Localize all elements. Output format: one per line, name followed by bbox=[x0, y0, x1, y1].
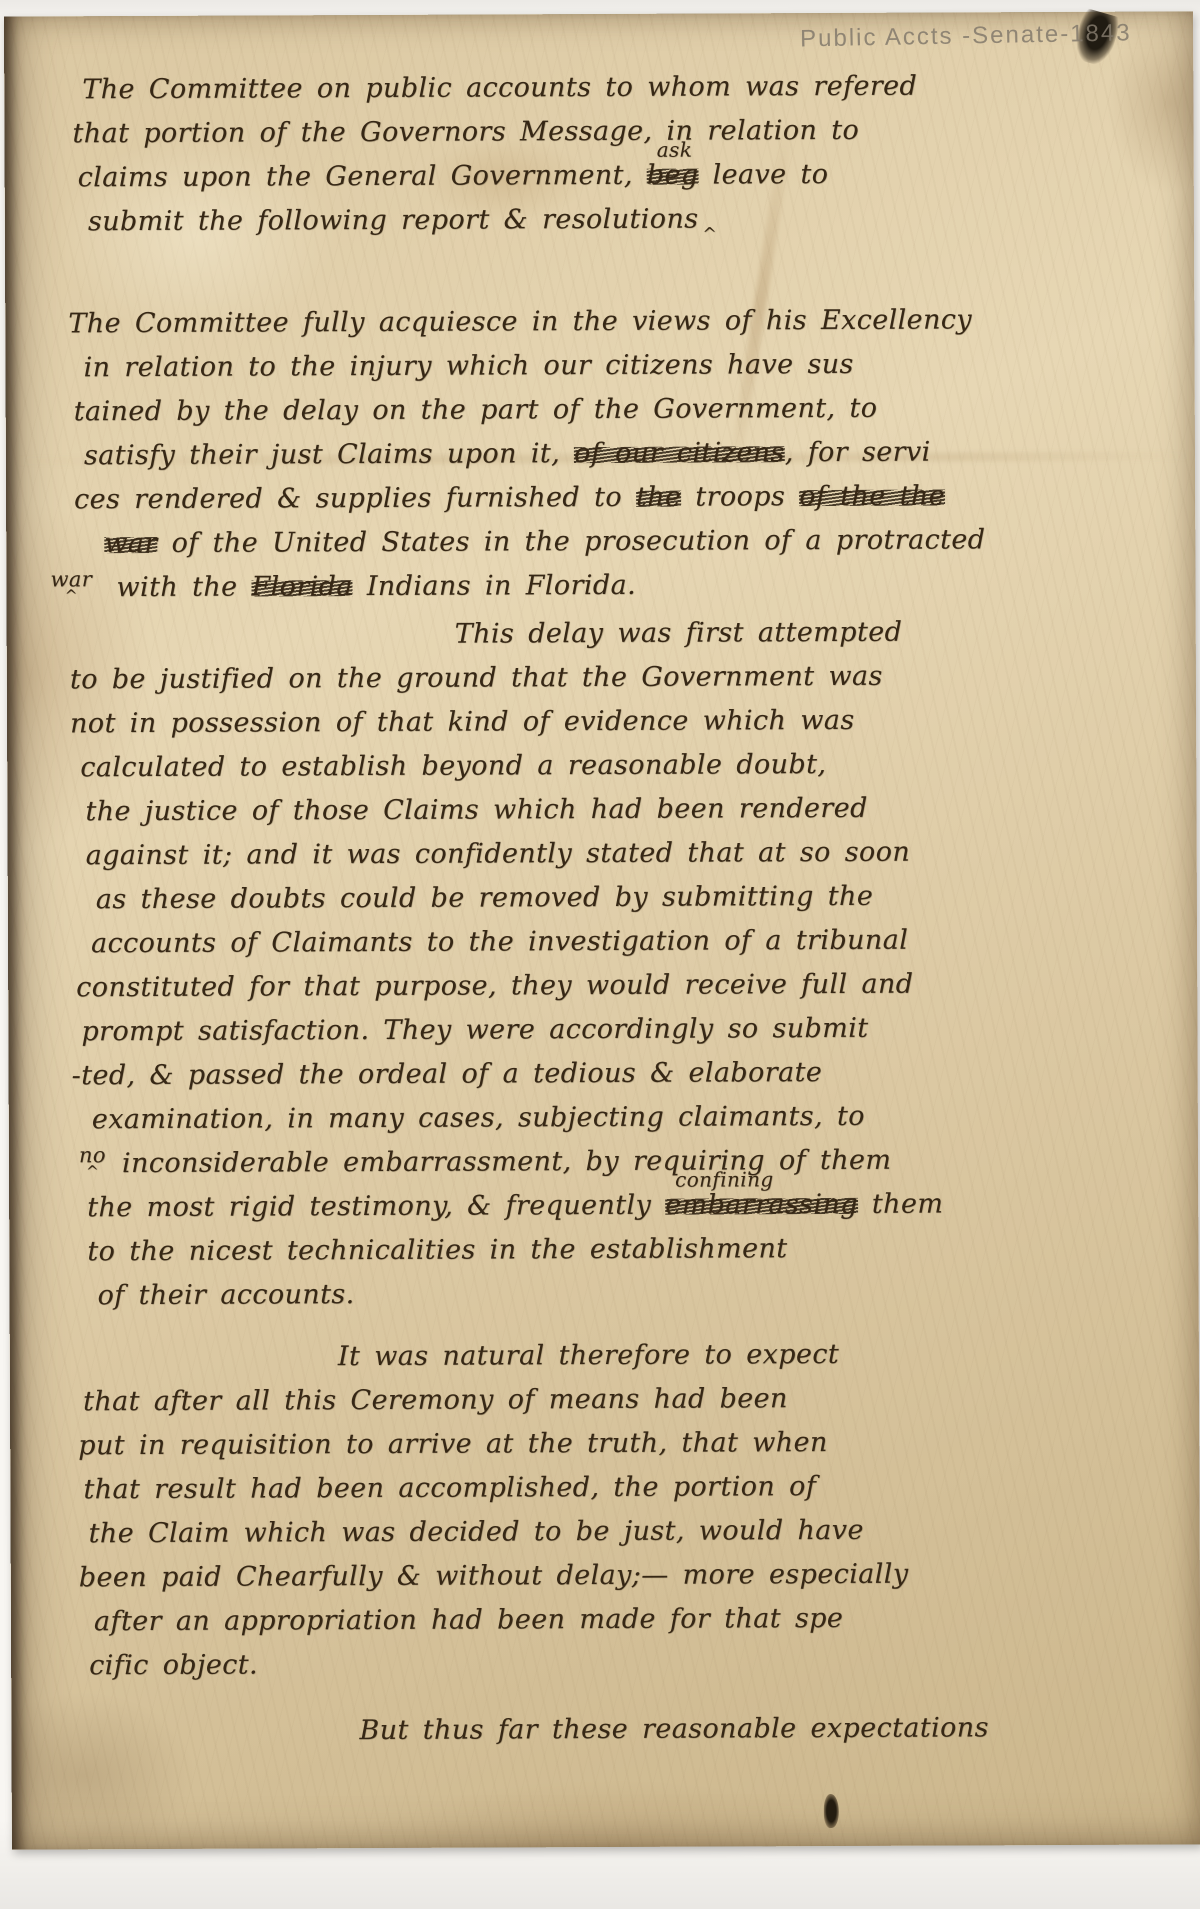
inserted-text: ask bbox=[657, 140, 693, 160]
manuscript-text: leave to bbox=[698, 159, 828, 191]
manuscript-line: cific object. bbox=[59, 1640, 1172, 1689]
manuscript-line: The Committee on public accounts to whom… bbox=[52, 64, 1165, 113]
manuscript-text: claims upon the General Government, bbox=[78, 160, 647, 193]
manuscript-line: examination, in many cases, subjecting c… bbox=[57, 1094, 1170, 1143]
manuscript-text: cific object. bbox=[89, 1650, 258, 1682]
ink-blot bbox=[824, 1794, 839, 1828]
struck-text: Florida bbox=[251, 571, 352, 602]
manuscript-text: This delay was first attempted bbox=[455, 617, 903, 650]
manuscript-text: But thus far these reasonable expectatio… bbox=[359, 1712, 988, 1746]
manuscript-text: The Committee fully acquiesce in the vie… bbox=[68, 304, 972, 339]
manuscript-text: satisfy their just Claims upon it, bbox=[84, 438, 574, 471]
manuscript-line: that result had been accomplished, the p… bbox=[58, 1464, 1171, 1513]
struck-text: the bbox=[636, 482, 682, 513]
manuscript-line: as these doubts could be removed by subm… bbox=[56, 874, 1169, 923]
manuscript-text: with the bbox=[116, 572, 251, 604]
manuscript-text: troops bbox=[681, 481, 799, 513]
manuscript-text: against it; and it was confidently state… bbox=[86, 837, 911, 872]
manuscript-line: against it; and it was confidently state… bbox=[56, 830, 1169, 879]
manuscript-line: This delay was first attempted bbox=[55, 610, 1168, 659]
paper: Public Accts -Senate-1843 The Committee … bbox=[4, 11, 1200, 1849]
manuscript-text: , for servi bbox=[785, 437, 931, 469]
paragraph: But thus far these reasonable expectatio… bbox=[59, 1706, 1172, 1755]
manuscript-text: prompt satisfaction. They were according… bbox=[81, 1013, 868, 1047]
manuscript-text: Indians in Florida. bbox=[353, 570, 636, 602]
manuscript-text: inconsiderable embarrassment, by requiri… bbox=[122, 1145, 891, 1179]
manuscript-line: not in possession of that kind of eviden… bbox=[55, 698, 1168, 747]
margin-insertion: no^ bbox=[79, 1146, 106, 1178]
manuscript-text: examination, in many cases, subjecting c… bbox=[92, 1101, 865, 1135]
corrected-text: confiningembarrassing bbox=[665, 1183, 858, 1228]
manuscript-line: accounts of Claimants to the investigati… bbox=[56, 918, 1169, 967]
struck-text: beg bbox=[647, 160, 699, 191]
manuscript-text: to the nicest technicalities in the esta… bbox=[87, 1233, 787, 1267]
manuscript-line: in relation to the injury which our citi… bbox=[53, 342, 1166, 391]
manuscript-text: -ted, & passed the ordeal of a tedious &… bbox=[72, 1057, 823, 1091]
manuscript-line: of their accounts. bbox=[57, 1270, 1170, 1319]
manuscript-text: of their accounts. bbox=[98, 1279, 355, 1311]
manuscript-line: to be justified on the ground that the G… bbox=[55, 654, 1168, 703]
manuscript-line: no^inconsiderable embarrassment, by requ… bbox=[57, 1138, 1170, 1187]
manuscript-line: after an appropriation had been made for… bbox=[59, 1596, 1172, 1645]
margin-insertion: war^ bbox=[50, 570, 92, 602]
manuscript-text: been paid Chearfully & without delay;— m… bbox=[79, 1559, 909, 1594]
manuscript-line: been paid Chearfully & without delay;— m… bbox=[59, 1552, 1172, 1601]
manuscript-text: in relation to the injury which our citi… bbox=[83, 349, 853, 383]
manuscript-text: submit the following report & resolution… bbox=[88, 204, 699, 238]
paragraph: The Committee fully acquiesce in the vie… bbox=[53, 298, 1167, 611]
manuscript-line: satisfy their just Claims upon it, of ou… bbox=[54, 430, 1167, 479]
manuscript-line: claims upon the General Government, askb… bbox=[53, 152, 1166, 201]
manuscript-text: that result had been accomplished, the p… bbox=[83, 1471, 816, 1505]
manuscript-text: constituted for that purpose, they would… bbox=[76, 969, 913, 1004]
manuscript-text: of the United States in the prosecution … bbox=[158, 524, 986, 559]
manuscript-line: ces rendered & supplies furnished to the… bbox=[54, 474, 1167, 523]
manuscript-line: that portion of the Governors Message, i… bbox=[52, 108, 1165, 157]
manuscript-line: -ted, & passed the ordeal of a tedious &… bbox=[57, 1050, 1170, 1099]
manuscript-body: The Committee on public accounts to whom… bbox=[52, 64, 1172, 1755]
manuscript-line: the most rigid testimony, & frequently c… bbox=[57, 1182, 1170, 1231]
manuscript-text: that portion of the Governors Message, i… bbox=[72, 115, 859, 149]
manuscript-line: tained by the delay on the part of the G… bbox=[54, 386, 1167, 435]
manuscript-text: the Claim which was decided to be just, … bbox=[89, 1515, 864, 1549]
manuscript-text: after an appropriation had been made for… bbox=[94, 1603, 843, 1637]
manuscript-line: war^with the Florida Indians in Florida. bbox=[54, 562, 1167, 611]
manuscript-line: prompt satisfaction. They were according… bbox=[56, 1006, 1169, 1055]
caret-mark: ^ bbox=[702, 224, 717, 244]
manuscript-line: war of the United States in the prosecut… bbox=[54, 518, 1167, 567]
manuscript-line: calculated to establish beyond a reasona… bbox=[55, 742, 1168, 791]
manuscript-line: The Committee fully acquiesce in the vie… bbox=[53, 298, 1166, 347]
inserted-text: confining bbox=[675, 1169, 774, 1189]
paragraph: This delay was first attemptedto be just… bbox=[55, 610, 1171, 1319]
struck-text: embarrassing bbox=[665, 1189, 858, 1221]
scanned-document-page: Public Accts -Senate-1843 The Committee … bbox=[0, 0, 1200, 1909]
manuscript-line: that after all this Ceremony of means ha… bbox=[58, 1376, 1171, 1425]
manuscript-text: that after all this Ceremony of means ha… bbox=[83, 1383, 788, 1417]
manuscript-text: The Committee on public accounts to whom… bbox=[82, 71, 917, 106]
corrected-text: askbeg bbox=[647, 154, 699, 198]
manuscript-line: to the nicest technicalities in the esta… bbox=[57, 1226, 1170, 1275]
manuscript-text: the most rigid testimony, & frequently bbox=[87, 1190, 665, 1224]
manuscript-line: constituted for that purpose, they would… bbox=[56, 962, 1169, 1011]
manuscript-line: But thus far these reasonable expectatio… bbox=[59, 1706, 1172, 1755]
paragraph: It was natural therefore to expectthat a… bbox=[58, 1332, 1173, 1689]
manuscript-text: ces rendered & supplies furnished to bbox=[74, 482, 636, 515]
manuscript-line: the Claim which was decided to be just, … bbox=[59, 1508, 1172, 1557]
manuscript-line: put in requisition to arrive at the trut… bbox=[58, 1420, 1171, 1469]
manuscript-text: calculated to establish beyond a reasona… bbox=[80, 749, 826, 783]
paragraph: The Committee on public accounts to whom… bbox=[52, 64, 1166, 245]
manuscript-text: them bbox=[858, 1189, 944, 1220]
manuscript-text: the justice of those Claims which had be… bbox=[85, 793, 867, 827]
manuscript-line: submit the following report & resolution… bbox=[53, 196, 1166, 245]
manuscript-line: It was natural therefore to expect bbox=[58, 1332, 1171, 1381]
manuscript-text: not in possession of that kind of eviden… bbox=[70, 705, 855, 739]
struck-text: of our citizens bbox=[574, 437, 785, 469]
manuscript-text: as these doubts could be removed by subm… bbox=[96, 881, 873, 915]
manuscript-text: put in requisition to arrive at the trut… bbox=[78, 1427, 828, 1461]
manuscript-text: accounts of Claimants to the investigati… bbox=[91, 925, 908, 960]
struck-text: of the the bbox=[799, 481, 945, 513]
manuscript-text: tained by the delay on the part of the G… bbox=[74, 393, 878, 428]
manuscript-text: It was natural therefore to expect bbox=[338, 1339, 839, 1372]
manuscript-line: the justice of those Claims which had be… bbox=[55, 786, 1168, 835]
struck-text: war bbox=[104, 528, 157, 559]
manuscript-text: to be justified on the ground that the G… bbox=[70, 661, 883, 696]
